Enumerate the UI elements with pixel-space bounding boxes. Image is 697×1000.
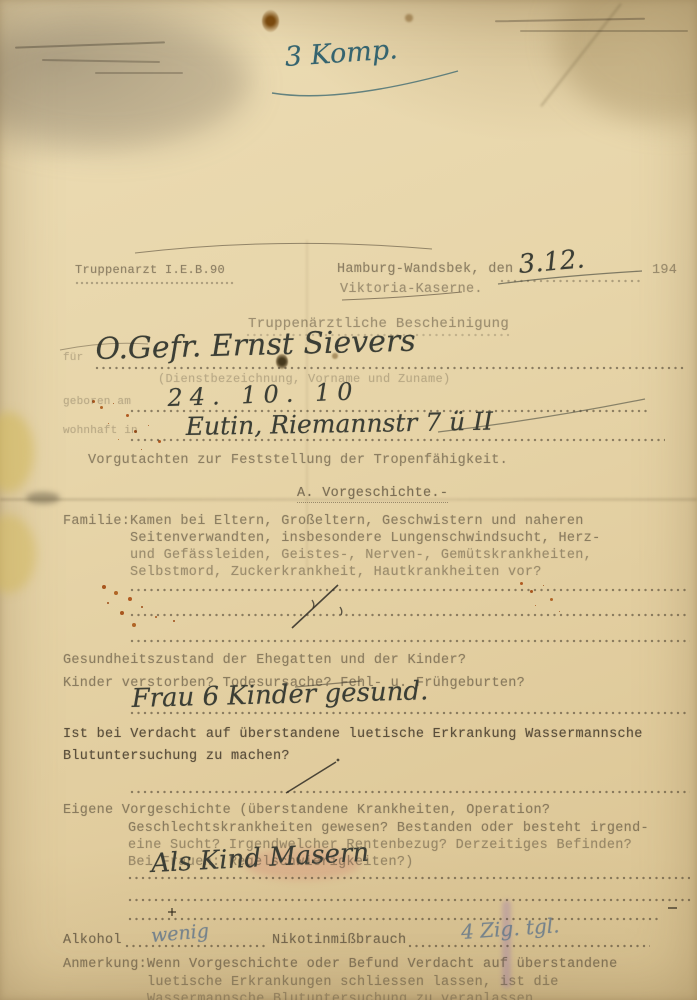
rust-specks-left-cluster bbox=[102, 585, 106, 589]
barracks-name: Viktoria-Kaserne. bbox=[340, 282, 483, 297]
question-wassermann-line-1: Ist bei Verdacht auf überstandene luetis… bbox=[63, 727, 643, 742]
stain-yellow-left-1 bbox=[0, 412, 34, 492]
question-spouse-health: Gesundheitszustand der Ehegatten und der… bbox=[63, 653, 466, 668]
plus-mark-vertical bbox=[171, 908, 173, 916]
question-wassermann-line-2: Blutuntersuchung zu machen? bbox=[63, 749, 290, 764]
born-value-handwritten: 24. 10. 10 bbox=[167, 377, 360, 412]
year-typed: 194 bbox=[652, 263, 677, 278]
company-note-flourish bbox=[272, 71, 458, 96]
nicotine-dotted-line bbox=[408, 944, 650, 948]
place-date-label: Hamburg-Wandsbek, den bbox=[337, 262, 513, 277]
family-line-3: und Gefässleiden, Geistes-, Nerven-, Gem… bbox=[130, 548, 592, 563]
residence-dotted-line bbox=[130, 438, 665, 442]
note-line-3: Wassermannsche Blutuntersuchung zu veran… bbox=[147, 992, 533, 1000]
fuer-label: für bbox=[63, 352, 83, 364]
wassermann-answer-dot bbox=[337, 759, 340, 762]
unit-underline bbox=[75, 281, 235, 285]
scratch-top-left-3 bbox=[95, 72, 183, 74]
document-scan: 3 Komp. Truppenarzt I.E.B.90 Hamburg-Wan… bbox=[0, 0, 697, 1000]
family-answer-line-3 bbox=[130, 639, 690, 643]
family-line-1: Kamen bei Eltern, Großeltern, Geschwiste… bbox=[130, 514, 584, 529]
spouse-answer-dotted-line bbox=[130, 711, 688, 715]
alcohol-answer-pencil: wenig bbox=[150, 920, 210, 947]
wassermann-answer-dotted-line bbox=[130, 790, 690, 794]
residence-label: wohnhaft in bbox=[63, 425, 138, 437]
stain-small-spot-top bbox=[405, 14, 413, 22]
alcohol-dotted-line bbox=[125, 944, 268, 948]
own-history-line-2: Geschlechtskrankheiten gewesen? Bestande… bbox=[128, 821, 649, 836]
family-answer-line-2 bbox=[130, 613, 688, 617]
unit-designation: Truppenarzt I.E.B.90 bbox=[75, 263, 225, 277]
spouse-answer-handwritten: Frau 6 Kinder gesund. bbox=[131, 676, 428, 714]
rust-specks-right-cluster bbox=[520, 582, 523, 585]
family-answer-comma-1 bbox=[312, 600, 314, 608]
family-line-4: Selbstmord, Zuckerkrankheit, Hautkrankhe… bbox=[130, 565, 542, 580]
own-history-dotted-line-1 bbox=[128, 876, 690, 880]
subject-line: Vorgutachten zur Feststellung der Tropen… bbox=[88, 453, 508, 468]
own-history-line-1: Eigene Vorgeschichte (überstandene Krank… bbox=[63, 803, 550, 818]
wassermann-answer-slash bbox=[286, 762, 336, 793]
note-line-1: Wenn Vorgeschichte oder Befund Verdacht … bbox=[147, 957, 617, 972]
note-label: Anmerkung: bbox=[63, 957, 147, 972]
stain-top-left-smudge bbox=[0, 18, 250, 148]
stain-yellow-left-2 bbox=[0, 515, 36, 593]
name-dotted-line bbox=[95, 366, 685, 370]
fold-smudge bbox=[26, 492, 60, 504]
residence-value-handwritten: Eutin, Riemannstr 7 ü II bbox=[185, 407, 493, 441]
family-answer-line-1 bbox=[130, 588, 686, 592]
dash-mark bbox=[668, 907, 677, 909]
section-a-heading: A. Vorgeschichte.- bbox=[297, 486, 448, 503]
date-handwritten: 3.12. bbox=[517, 244, 586, 280]
recipient-name-handwritten: O.Gefr. Ernst Sievers bbox=[95, 324, 416, 367]
own-history-dotted-line-2 bbox=[128, 898, 693, 902]
scratch-top-right-2 bbox=[520, 30, 688, 32]
born-label: geboren am bbox=[63, 396, 131, 408]
note-line-2: luetische Erkrankungen schliessen lassen… bbox=[147, 975, 559, 990]
family-label: Familie: bbox=[63, 514, 130, 529]
alcohol-label: Alkohol bbox=[63, 933, 122, 948]
company-note-handwritten: 3 Komp. bbox=[284, 34, 399, 73]
header-scratch-curve bbox=[135, 243, 432, 253]
stain-brown-spot-top bbox=[262, 10, 279, 32]
nicotine-label: Nikotinmißbrauch bbox=[272, 933, 406, 948]
family-line-2: Seitenverwandten, insbesondere Lungensch… bbox=[130, 531, 600, 546]
